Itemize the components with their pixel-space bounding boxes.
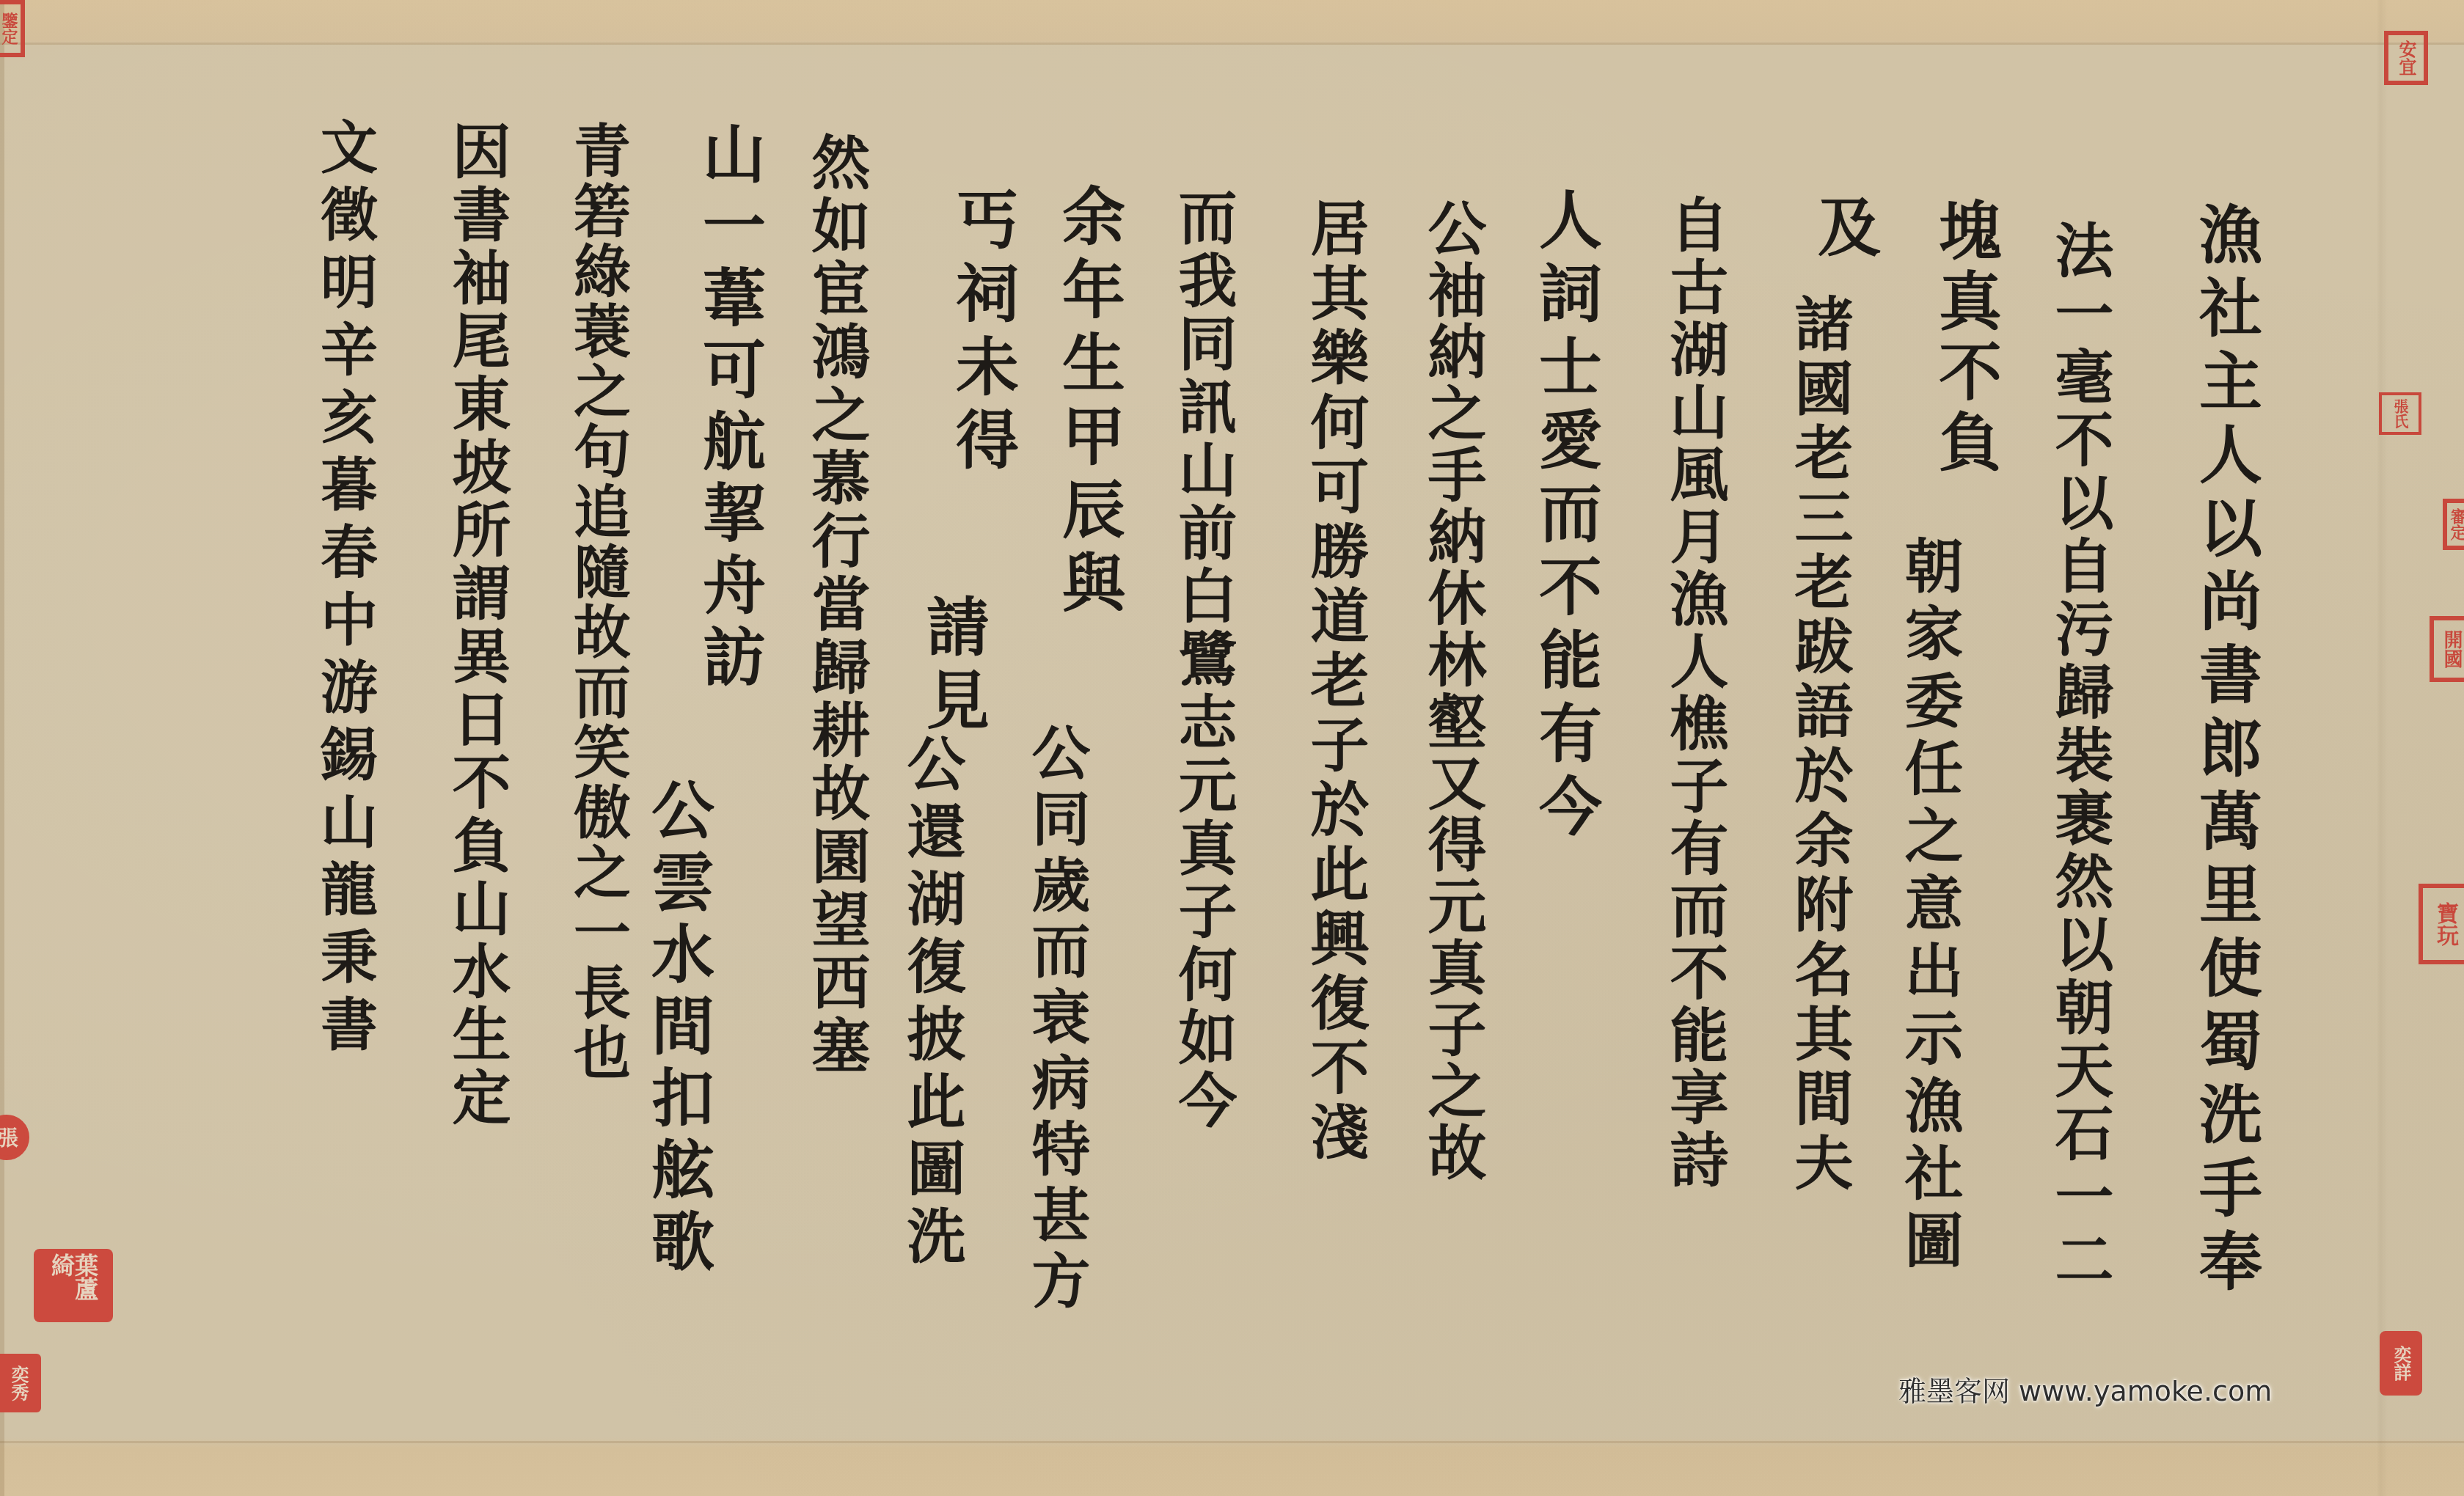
calligraphy-column-20: 青箬綠蓑之句追隨故而笑傲之一長也 (569, 121, 626, 1083)
calligraphy-column-5: 及 (1812, 194, 1875, 265)
calligraphy-column-4: 朝家委任之意出示漁社圖 (1900, 535, 1959, 1277)
collector-seal-bottom-right: 奕詳 (2380, 1331, 2422, 1396)
calligraphy-column-7: 自古湖山風月漁人樵子有而不能享詩 (1665, 194, 1724, 1192)
calligraphy-column-3: 塊真不負 (1933, 198, 1996, 480)
left-mount-edge (0, 0, 4, 1496)
mount-seam-top (0, 43, 2464, 45)
calligraphy-column-10: 居其樂何可勝道老子於此興復不淺 (1306, 198, 1364, 1166)
calligraphy-column-15: 請見 (921, 594, 984, 741)
calligraphy-column-16: 公還湖復披此圖洗 (902, 733, 961, 1273)
calligraphy-column-1: 漁社主人以尚書郎萬里使蜀洗手奉 (2193, 202, 2256, 1302)
collector-seal-left-top: 鑒定 (0, 0, 25, 57)
calligraphy-column-21: 因書袖尾東坡所謂異日不負山水生定 (447, 121, 506, 1130)
collector-seal-zhang: 張氏 (2379, 392, 2421, 435)
calligraphy-column-9: 公袖納之手納休林壑又得元真子之故 (1423, 198, 1482, 1184)
collector-seal-ye: 葉蘆綺 (34, 1249, 113, 1322)
collector-seal-edge-1: 審定 (2443, 499, 2464, 550)
mount-seam-bottom (0, 1441, 2464, 1443)
calligraphy-column-12: 余年生甲辰與 (1056, 183, 1119, 623)
calligraphy-column-18: 山一葦可航挈舟訪 (697, 121, 760, 696)
calligraphy-column-signature: 文徵明辛亥暮春中游錫山龍秉書 (315, 117, 373, 1062)
collector-seal-anyi: 安宜 (2384, 31, 2428, 85)
collector-seal-left-bottom: 奕秀 (0, 1354, 41, 1412)
calligraphy-column-6: 諸國老三老跋語於余附名其間夫 (1790, 293, 1849, 1197)
website-watermark: 雅墨客网 www.yamoke.com (1898, 1368, 2272, 1409)
collector-seal-edge-2: 開國 (2430, 616, 2464, 682)
calligraphy-column-14: 丐祠未得 (950, 187, 1013, 480)
calligraphy-column-13: 公同歲而衰病特甚方 (1027, 722, 1086, 1316)
calligraphy-column-8: 人詞士愛而不能有今 (1533, 187, 1596, 847)
calligraphy-column-19: 公雲水間扣舷歌 (646, 777, 709, 1280)
calligraphy-column-17: 然如宦鴻之慕行當歸耕故園望西塞 (807, 132, 866, 1078)
calligraphy-column-2: 法一毫不以自污歸裝裹然以朝天石一二 (2050, 220, 2109, 1292)
collector-seal-edge-3: 寶玩 (2419, 884, 2464, 964)
calligraphy-column-11: 而我同訊山前白鷺志元真子何如今 (1174, 187, 1232, 1133)
